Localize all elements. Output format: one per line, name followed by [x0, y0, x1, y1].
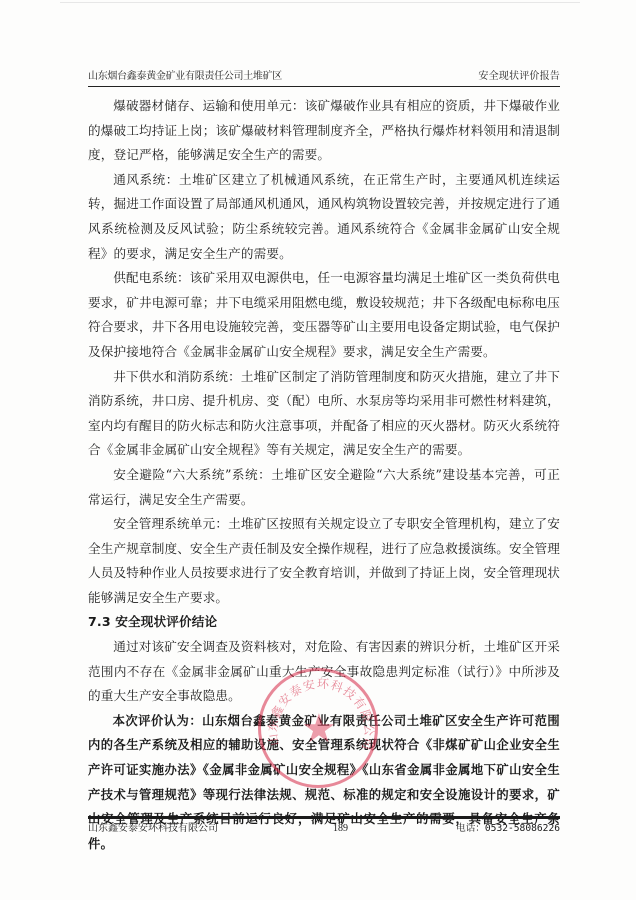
page-number: 189	[333, 822, 348, 836]
paragraph-six-systems: 安全避险“六大系统”系统：土堆矿区安全避险“六大系统”建设基本完善，可正常运行，…	[88, 463, 560, 512]
section-intro: 通过对该矿安全调查及资料核对，对危险、有害因素的辨识分析，土堆矿区开采范围内不存…	[88, 635, 560, 709]
header-divider	[88, 86, 560, 87]
paragraph-ventilation: 通风系统：土堆矿区建立了机械通风系统，在正常生产时，主要通风机连续运转，掘进工作…	[88, 168, 560, 266]
paragraph-power-supply: 供配电系统：该矿采用双电源供电，任一电源容量均满足土堆矿区一类负荷供电要求，矿井…	[88, 266, 560, 364]
paragraph-blasting: 爆破器材储存、运输和使用单元：该矿爆破作业具有相应的资质，井下爆破作业的爆破工均…	[88, 94, 560, 168]
section-heading: 7.3 安全现状评价结论	[88, 610, 560, 635]
footer-company: 山东鑫安泰安环科技有限公司	[88, 822, 218, 836]
page-header: 山东烟台鑫泰黄金矿业有限责任公司土堆矿区 安全现状评价报告	[88, 70, 560, 84]
header-report-title: 安全现状评价报告	[478, 70, 560, 84]
document-body: 爆破器材储存、运输和使用单元：该矿爆破作业具有相应的资质，井下爆破作业的爆破工均…	[88, 94, 560, 856]
paragraph-water-fire: 井下供水和消防系统：土堆矿区制定了消防管理制度和防灭火措施，建立了井下消防系统，…	[88, 365, 560, 463]
footer-phone: 电话：0532-58086226	[456, 822, 560, 836]
header-company: 山东烟台鑫泰黄金矿业有限责任公司土堆矿区	[88, 70, 282, 84]
scan-edge	[60, 2, 580, 9]
footer-divider	[88, 816, 560, 819]
page-footer: 山东鑫安泰安环科技有限公司 189 电话：0532-58086226	[88, 822, 560, 836]
paragraph-safety-management: 安全管理系统单元：土堆矿区按照有关规定设立了专职安全管理机构，建立了安全生产规章…	[88, 512, 560, 610]
